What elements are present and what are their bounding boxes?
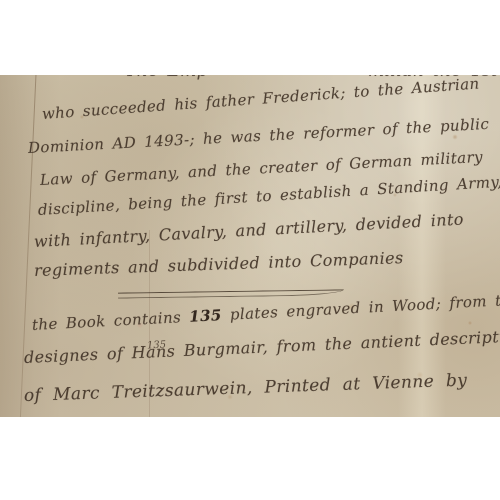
manuscript-photo: The Emp milian the 1st who succeeded his… [0, 75, 500, 417]
screenshot: The Emp milian the 1st who succeeded his… [0, 0, 500, 500]
plate-count: 135 [189, 306, 222, 326]
clipped-top-line-left: The Emp [125, 75, 208, 81]
